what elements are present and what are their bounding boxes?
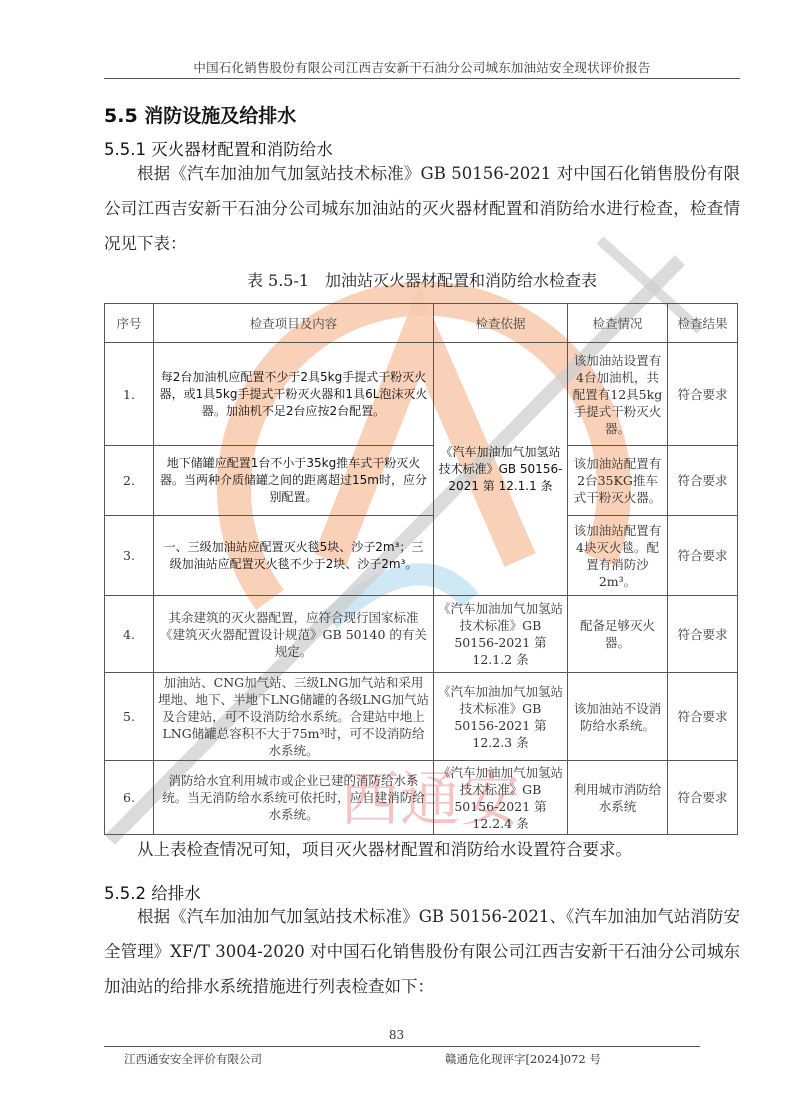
row-no: 1. xyxy=(105,343,154,446)
row-no: 6. xyxy=(105,761,154,835)
row-basis: 《汽车加油加气加氢站技术标准》GB 50156-2021 第 12.2.4 条 xyxy=(434,761,568,835)
row-status: 该加油站配置有2台35KG推车式干粉灭火器。 xyxy=(568,446,668,516)
row-status: 该加油站设置有4台加油机，共配置有12具5kg手提式干粉灭火器。 xyxy=(568,343,668,446)
row-item: 其余建筑的灭火器配置，应符合现行国家标准《建筑灭火器配置设计规范》GB 5014… xyxy=(154,596,434,673)
header-rule xyxy=(104,78,740,79)
row-item: 消防给水宜利用城市或企业已建的消防给水系统。当无消防给水系统可依托时，应自建消防… xyxy=(154,761,434,835)
col-header-result: 检查结果 xyxy=(668,304,738,343)
col-header-no: 序号 xyxy=(105,304,154,343)
row-no: 5. xyxy=(105,673,154,761)
row-status: 利用城市消防给水系统 xyxy=(568,761,668,835)
col-header-status: 检查情况 xyxy=(568,304,668,343)
table-caption: 表 5.5-1 加油站灭火器材配置和消防给水检查表 xyxy=(104,268,740,291)
table-row: 6. 消防给水宜利用城市或企业已建的消防给水系统。当无消防给水系统可依托时，应自… xyxy=(105,761,738,835)
intro-paragraph-1: 根据《汽车加油加气加氢站技术标准》GB 50156-2021 对中国石化销售股份… xyxy=(104,156,740,261)
row-result: 符合要求 xyxy=(668,516,738,596)
fire-equipment-check-table: 序号 检查项目及内容 检查依据 检查情况 检查结果 1. 每2台加油机应配置不少… xyxy=(104,303,738,835)
row-item: 加油站、CNG加气站、三级LNG加气站和采用埋地、地下、半地下LNG储罐的各级L… xyxy=(154,673,434,761)
row-result: 符合要求 xyxy=(668,596,738,673)
page-header-title: 中国石化销售股份有限公司江西吉安新干石油分公司城东加油站安全现状评价报告 xyxy=(104,58,740,76)
row-result: 符合要求 xyxy=(668,761,738,835)
row-basis: 《汽车加油加气加氢站技术标准》GB 50156-2021 第 12.1.1 条 xyxy=(434,343,568,596)
table-header-row: 序号 检查项目及内容 检查依据 检查情况 检查结果 xyxy=(105,304,738,343)
row-status: 该加油站配置有4块灭火毯。配置有消防沙2m³。 xyxy=(568,516,668,596)
col-header-item: 检查项目及内容 xyxy=(154,304,434,343)
row-result: 符合要求 xyxy=(668,673,738,761)
table-row: 3. 一、三级加油站应配置灭火毯5块、沙子2m³；三级加油站应配置灭火毯不少于2… xyxy=(105,516,738,596)
row-item: 地下储罐应配置1台不小于35kg推车式干粉灭火器。当两种介质储罐之间的距离超过1… xyxy=(154,446,434,516)
table-row: 4. 其余建筑的灭火器配置，应符合现行国家标准《建筑灭火器配置设计规范》GB 5… xyxy=(105,596,738,673)
row-no: 3. xyxy=(105,516,154,596)
row-no: 2. xyxy=(105,446,154,516)
footer-rule xyxy=(104,1046,700,1047)
table-conclusion: 从上表检查情况可知，项目灭火器材配置和消防给水设置符合要求。 xyxy=(104,836,740,860)
col-header-basis: 检查依据 xyxy=(434,304,568,343)
row-result: 符合要求 xyxy=(668,343,738,446)
table-row: 5. 加油站、CNG加气站、三级LNG加气站和采用埋地、地下、半地下LNG储罐的… xyxy=(105,673,738,761)
page-number: 83 xyxy=(0,1028,793,1042)
row-basis: 《汽车加油加气加氢站技术标准》GB 50156-2021 第 12.1.2 条 xyxy=(434,596,568,673)
footer-report-number: 赣通危化现评字[2024]072 号 xyxy=(445,1051,601,1067)
footer-company: 江西通安安全评价有限公司 xyxy=(124,1051,262,1067)
row-no: 4. xyxy=(105,596,154,673)
row-basis: 《汽车加油加气加氢站技术标准》GB 50156-2021 第 12.2.3 条 xyxy=(434,673,568,761)
row-item: 一、三级加油站应配置灭火毯5块、沙子2m³；三级加油站应配置灭火毯不少于2块、沙… xyxy=(154,516,434,596)
row-status: 该加油站不设消防给水系统。 xyxy=(568,673,668,761)
row-item: 每2台加油机应配置不少于2具5kg手提式干粉灭火器，或1具5kg手提式干粉灭火器… xyxy=(154,343,434,446)
table-row: 2. 地下储罐应配置1台不小于35kg推车式干粉灭火器。当两种介质储罐之间的距离… xyxy=(105,446,738,516)
row-status: 配备足够灭火器。 xyxy=(568,596,668,673)
section-heading: 5.5 消防设施及给排水 xyxy=(104,101,296,128)
intro-paragraph-2: 根据《汽车加油加气加氢站技术标准》GB 50156-2021、《汽车加油加气站消… xyxy=(104,899,740,1004)
table-row: 1. 每2台加油机应配置不少于2具5kg手提式干粉灭火器，或1具5kg手提式干粉… xyxy=(105,343,738,446)
row-result: 符合要求 xyxy=(668,446,738,516)
